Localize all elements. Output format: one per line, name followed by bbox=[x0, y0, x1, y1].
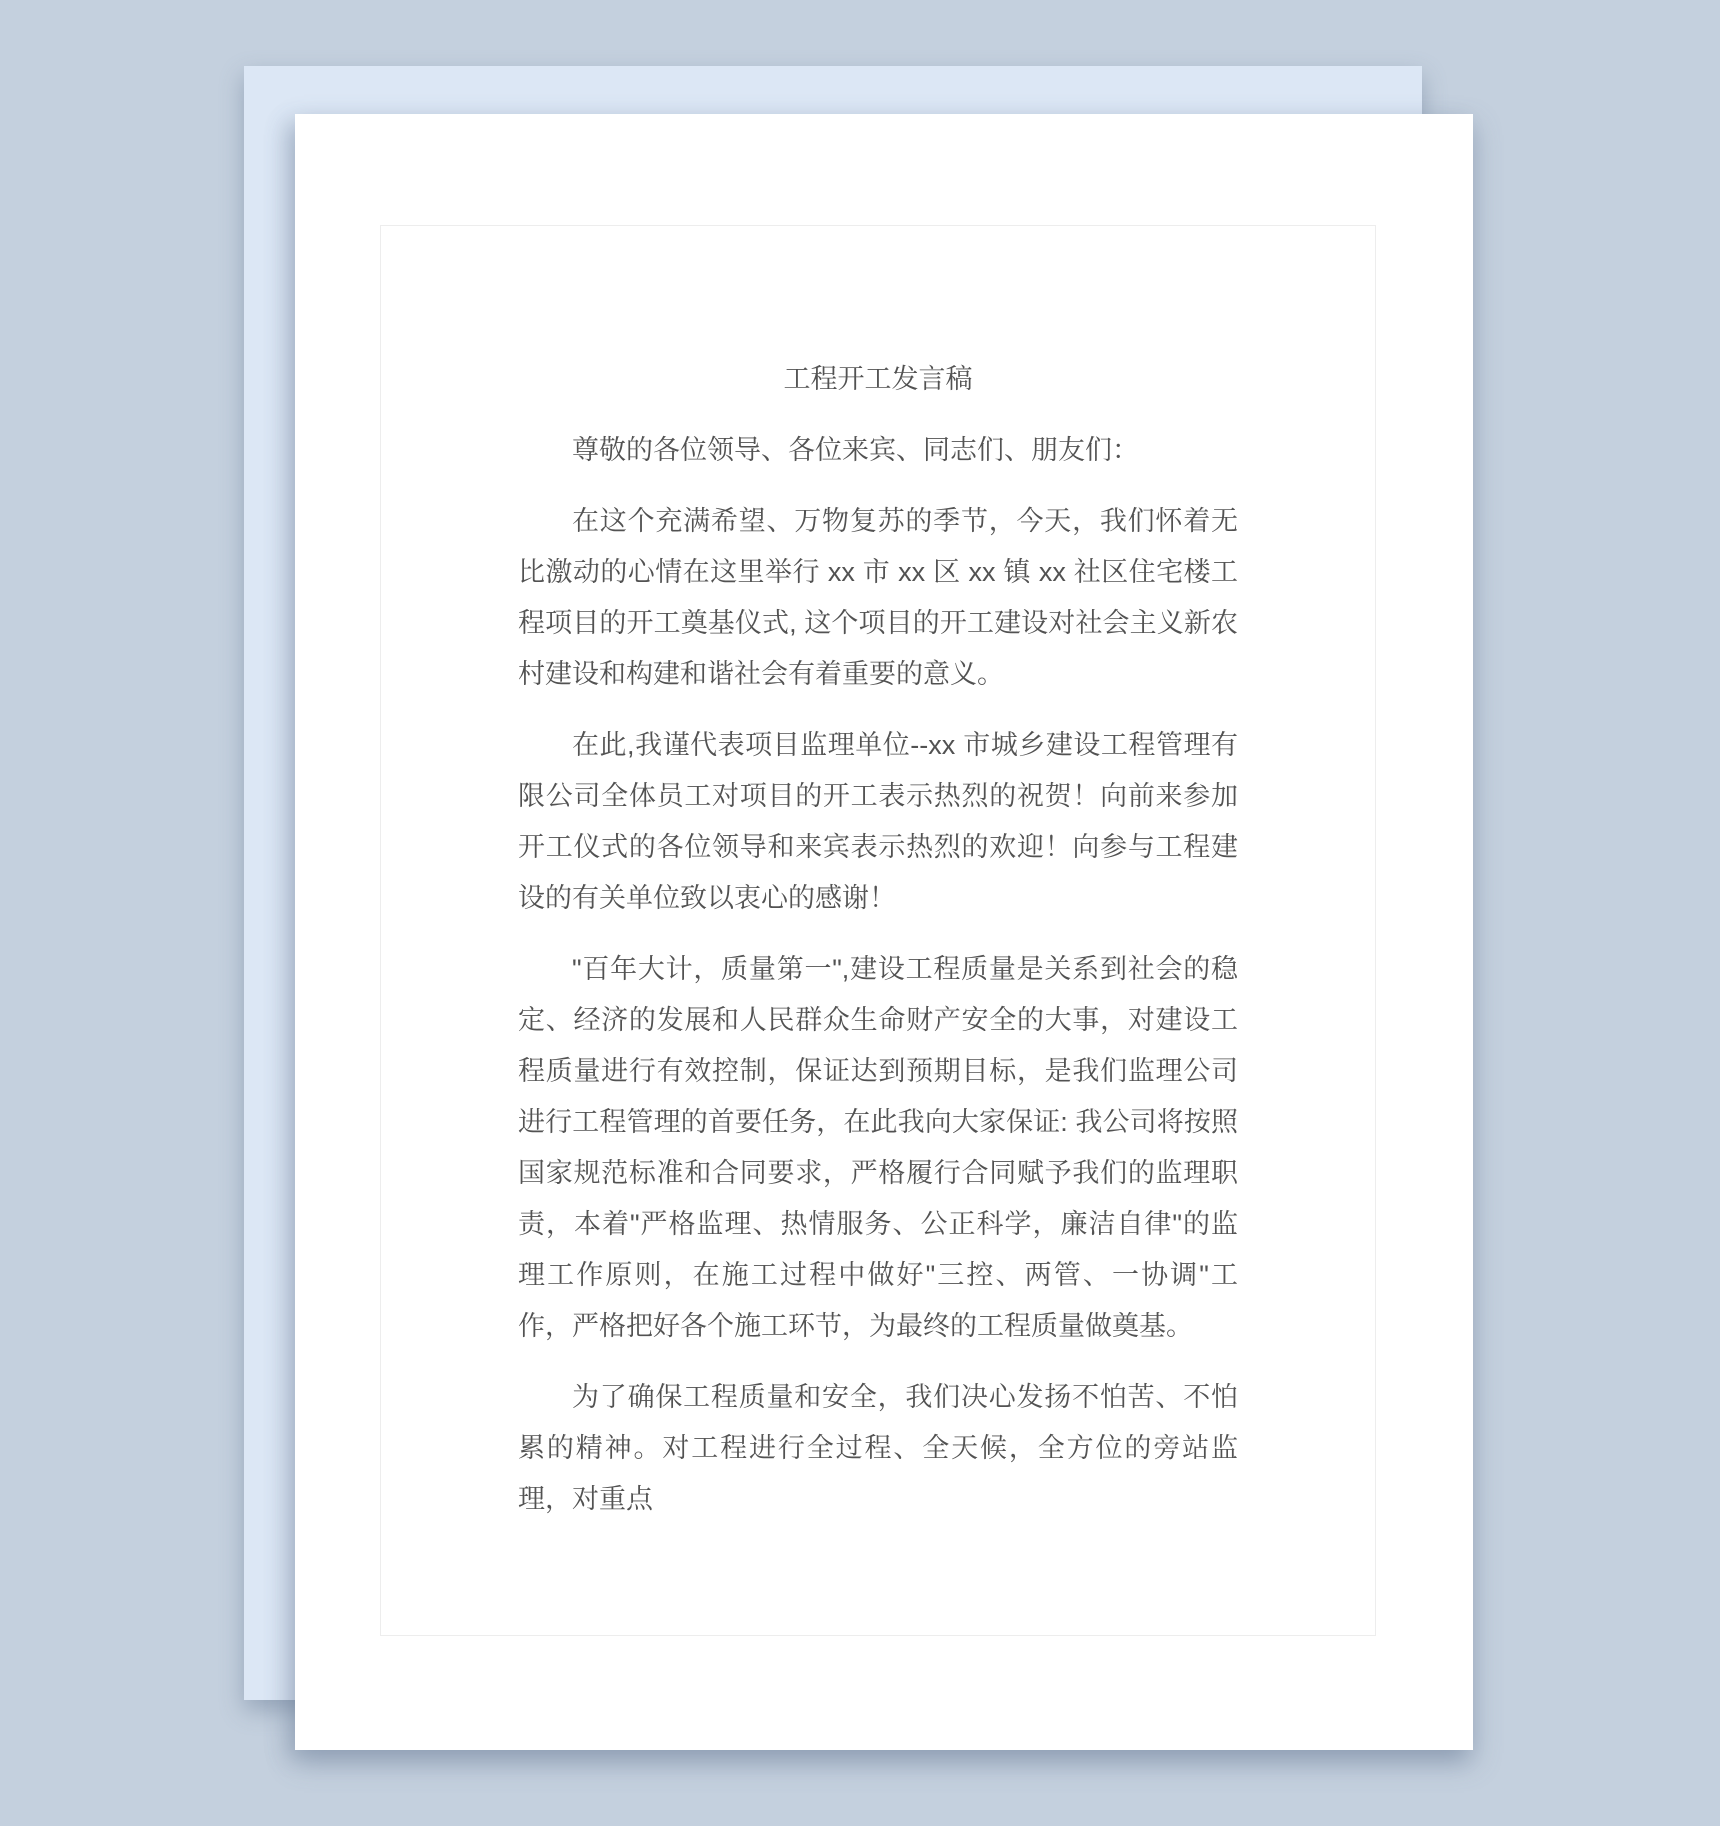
content-frame: 工程开工发言稿 尊敬的各位领导、各位来宾、同志们、朋友们： 在这个充满希望、万物… bbox=[380, 225, 1376, 1636]
greeting-line: 尊敬的各位领导、各位来宾、同志们、朋友们： bbox=[518, 425, 1238, 476]
paragraph-1: 在这个充满希望、万物复苏的季节，今天，我们怀着无比激动的心情在这里举行 xx 市… bbox=[518, 496, 1238, 700]
document-title: 工程开工发言稿 bbox=[518, 354, 1238, 405]
paragraph-2: 在此,我谨代表项目监理单位--xx 市城乡建设工程管理有限公司全体员工对项目的开… bbox=[518, 720, 1238, 924]
document-body: 工程开工发言稿 尊敬的各位领导、各位来宾、同志们、朋友们： 在这个充满希望、万物… bbox=[518, 354, 1238, 1525]
paragraph-3: "百年大计，质量第一",建设工程质量是关系到社会的稳定、经济的发展和人民群众生命… bbox=[518, 944, 1238, 1352]
paragraph-4: 为了确保工程质量和安全，我们决心发扬不怕苦、不怕累的精神。对工程进行全过程、全天… bbox=[518, 1372, 1238, 1525]
document-page: 工程开工发言稿 尊敬的各位领导、各位来宾、同志们、朋友们： 在这个充满希望、万物… bbox=[295, 114, 1473, 1750]
desktop-background: 工程开工发言稿 尊敬的各位领导、各位来宾、同志们、朋友们： 在这个充满希望、万物… bbox=[0, 0, 1720, 1826]
